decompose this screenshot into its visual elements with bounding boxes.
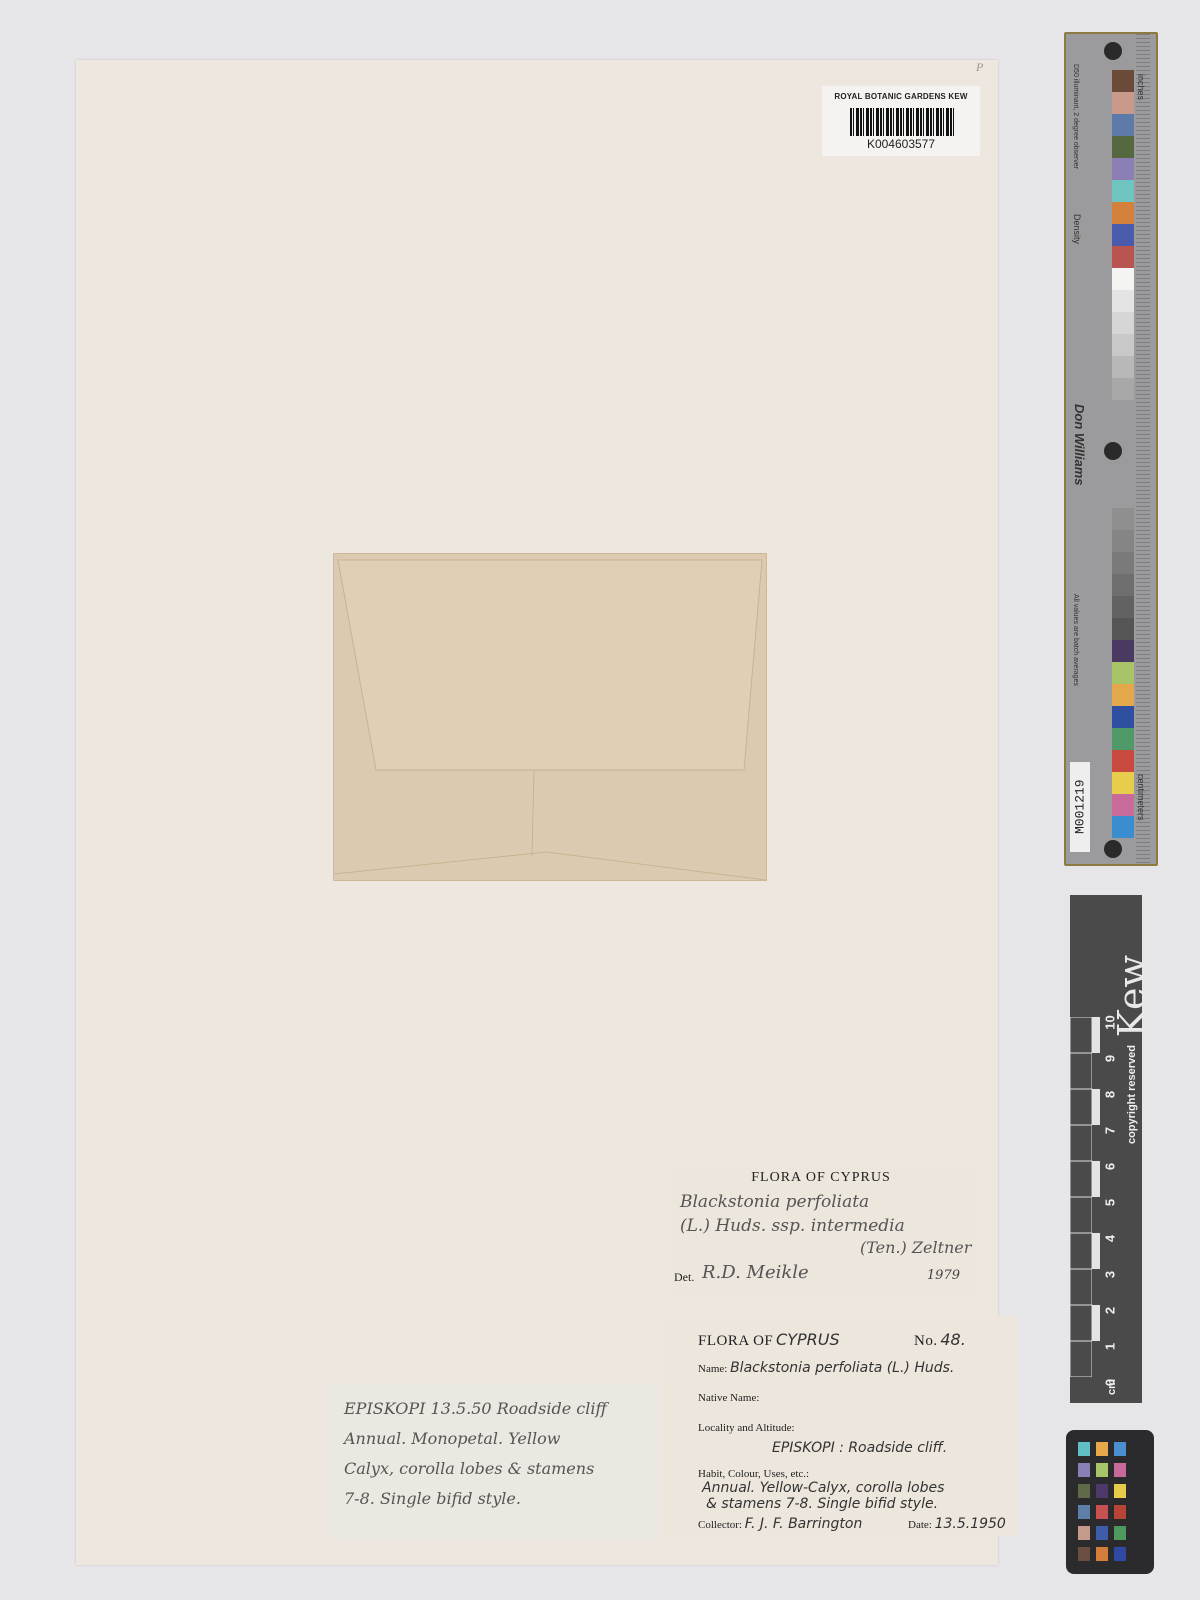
ruler-units-bottom: centimeters: [1136, 774, 1146, 821]
scale-number: 9: [1103, 1051, 1118, 1067]
ruler-tick-marks: [1136, 34, 1150, 864]
color-swatch: [1112, 508, 1134, 530]
habit-label: Habit, Colour, Uses, etc.:: [698, 1468, 809, 1480]
date-value: 13.5.1950: [935, 1516, 1006, 1532]
color-swatch: [1112, 246, 1134, 268]
color-swatch: [1112, 180, 1134, 202]
color-swatch: [1112, 728, 1134, 750]
checker-patch: [1096, 1547, 1108, 1561]
color-swatch: [1112, 290, 1134, 312]
checker-patch: [1114, 1463, 1126, 1477]
native-name-label: Native Name:: [698, 1392, 759, 1404]
ruler-units-top: inches: [1136, 74, 1146, 100]
scale-number: 7: [1103, 1123, 1118, 1139]
checker-patch: [1096, 1463, 1108, 1477]
color-swatch: [1112, 816, 1134, 838]
collector-value: F. J. F. Barrington: [745, 1516, 863, 1532]
checker-patch: [1078, 1505, 1090, 1519]
color-swatch: [1112, 596, 1134, 618]
flora-title-region: CYPRUS: [776, 1330, 840, 1349]
checker-patch: [1096, 1526, 1108, 1540]
color-swatch: [1112, 268, 1134, 290]
ruler-code: M001219: [1070, 762, 1090, 852]
color-swatch: [1112, 334, 1134, 356]
color-swatch: [1112, 202, 1134, 224]
checker-patch: [1096, 1505, 1108, 1519]
det-taxon-line2: (L.) Huds. ssp. intermedia: [680, 1216, 905, 1236]
scale-number: 5: [1103, 1195, 1118, 1211]
barcode-label: ROYAL BOTANIC GARDENS KEW K004603577: [822, 86, 980, 156]
scale-number: 10: [1103, 1015, 1118, 1031]
scale-number: 1: [1103, 1339, 1118, 1355]
field-note-line4: 7-8. Single bifid style.: [344, 1489, 521, 1508]
checker-patch: [1078, 1547, 1090, 1561]
ruler-illuminant-note: D50 illuminant, 2 degree observer: [1072, 64, 1079, 169]
color-swatch: [1112, 684, 1134, 706]
color-checker-card: [1066, 1430, 1154, 1574]
ruler-hole-icon: [1104, 442, 1122, 460]
color-swatch: [1112, 136, 1134, 158]
locality-label: Locality and Altitude:: [698, 1422, 795, 1434]
scale-number: 8: [1103, 1087, 1118, 1103]
ruler-brand: Don Williams: [1072, 404, 1087, 486]
det-prefix: Det.: [674, 1270, 694, 1285]
color-calibration-ruler: inches centimeters D50 illuminant, 2 deg…: [1064, 32, 1158, 866]
ruler-hole-icon: [1104, 42, 1122, 60]
determiner-signature: R.D. Meikle: [702, 1262, 809, 1283]
color-swatch: [1112, 662, 1134, 684]
checker-patch: [1078, 1442, 1090, 1456]
checker-patch: [1096, 1442, 1108, 1456]
barcode-icon: [850, 108, 954, 136]
pencil-mark: P: [976, 60, 983, 75]
checker-patch: [1078, 1463, 1090, 1477]
color-swatch: [1112, 530, 1134, 552]
kew-scale-bar: Kew copyright reserved 109876543210 cm: [1070, 895, 1142, 1403]
det-label-title: FLORA OF CYPRUS: [666, 1170, 976, 1186]
checker-patch: [1078, 1484, 1090, 1498]
flora-title-prefix: FLORA OF: [698, 1333, 773, 1349]
field-notes-label: EPISKOPI 13.5.50 Roadside cliff Annual. …: [330, 1383, 660, 1539]
copyright-text: copyright reserved: [1126, 1045, 1138, 1144]
det-taxon-line1: Blackstonia perfoliata: [680, 1192, 869, 1212]
checker-patch: [1096, 1484, 1108, 1498]
color-swatch: [1112, 706, 1134, 728]
color-swatch: [1112, 114, 1134, 136]
color-swatch: [1112, 640, 1134, 662]
checker-patch: [1114, 1484, 1126, 1498]
ruler-hole-icon: [1104, 840, 1122, 858]
field-note-line2: Annual. Monopetal. Yellow: [344, 1429, 560, 1448]
scale-blocks-icon: [1070, 1017, 1100, 1377]
color-swatch: [1112, 224, 1134, 246]
color-swatch: [1112, 158, 1134, 180]
scale-number: 2: [1103, 1303, 1118, 1319]
checker-patch: [1114, 1547, 1126, 1561]
ruler-density-label: Density: [1072, 214, 1082, 244]
envelope-flap-icon: [334, 554, 766, 880]
color-swatch: [1112, 750, 1134, 772]
color-swatch: [1112, 378, 1134, 400]
field-note-line3: Calyx, corolla lobes & stamens: [344, 1459, 594, 1478]
det-taxon-line3: (Ten.) Zeltner: [860, 1238, 971, 1257]
name-label: Name:: [698, 1363, 727, 1375]
color-swatch: [1112, 552, 1134, 574]
determination-label: FLORA OF CYPRUS Blackstonia perfoliata (…: [666, 1162, 976, 1296]
det-year: 1979: [927, 1268, 960, 1283]
number-value: 48.: [940, 1330, 965, 1349]
habit-line2: & stamens 7-8. Single bifid style.: [706, 1496, 938, 1512]
collection-label: FLORA OF CYPRUS No. 48. Name: Blackstoni…: [662, 1316, 1018, 1536]
scale-unit: cm: [1106, 1379, 1118, 1395]
color-swatch: [1112, 772, 1134, 794]
habit-line1: Annual. Yellow-Calyx, corolla lobes: [702, 1480, 944, 1496]
number-label: No.: [914, 1333, 938, 1349]
color-swatch: [1112, 618, 1134, 640]
checker-patch: [1114, 1442, 1126, 1456]
barcode-number: K004603577: [822, 137, 980, 151]
color-swatch: [1112, 356, 1134, 378]
checker-patch: [1114, 1526, 1126, 1540]
checker-patch: [1114, 1505, 1126, 1519]
name-value: Blackstonia perfoliata (L.) Huds.: [730, 1360, 954, 1376]
scale-number: 6: [1103, 1159, 1118, 1175]
collector-label: Collector:: [698, 1519, 742, 1531]
color-swatch: [1112, 794, 1134, 816]
color-swatch: [1112, 312, 1134, 334]
locality-value: EPISKOPI : Roadside cliff.: [772, 1440, 947, 1456]
color-swatch: [1112, 70, 1134, 92]
specimen-envelope[interactable]: [333, 553, 767, 881]
scale-number: 3: [1103, 1267, 1118, 1283]
date-label: Date:: [908, 1519, 932, 1531]
ruler-values-note: All values are batch averages: [1072, 594, 1079, 686]
color-swatch: [1112, 92, 1134, 114]
field-note-line1: EPISKOPI 13.5.50 Roadside cliff: [344, 1399, 607, 1418]
checker-patch: [1078, 1526, 1090, 1540]
color-swatch: [1112, 574, 1134, 596]
scale-number: 4: [1103, 1231, 1118, 1247]
institution-name: ROYAL BOTANIC GARDENS KEW: [822, 92, 980, 101]
